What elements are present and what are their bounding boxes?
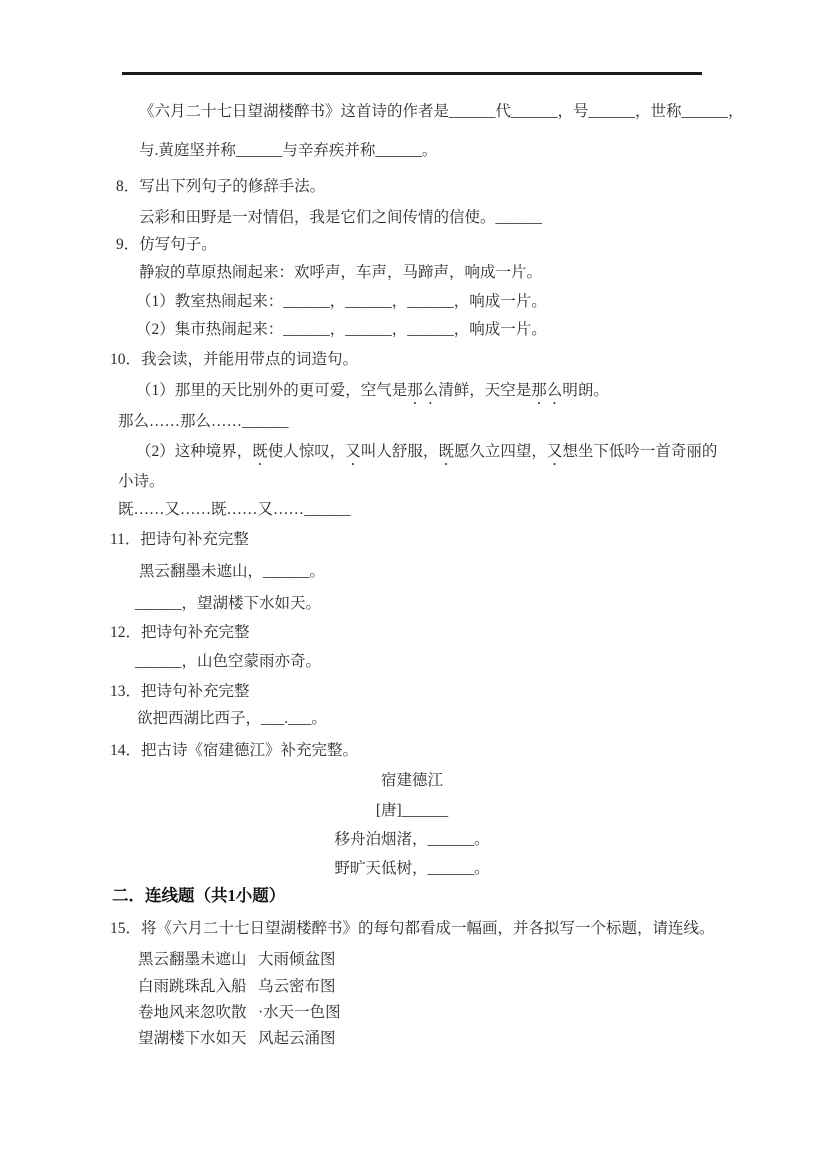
match-pair-row: 白雨跳珠乱入船乌云密布图 bbox=[138, 976, 336, 998]
q10-sub2-part: （2）这种境界， bbox=[136, 443, 252, 460]
question-12-label: 12．把诗句补充完整 bbox=[110, 622, 250, 644]
section-2-heading: 二．连线题（共1小题） bbox=[112, 885, 285, 907]
poem-verse-blank-1: 移舟泊烟渚，______。 bbox=[122, 829, 702, 851]
poem-author-blank: [唐]______ bbox=[122, 800, 702, 822]
q9-example-sentence: 静寂的草原热闹起来：欢呼声，车声，马蹄声，响成一片。 bbox=[139, 262, 542, 284]
question-15-label: 15．将《六月二十七日望湖楼醉书》的每句都看成一幅画，并各拟写一个标题，请连线。 bbox=[110, 918, 715, 940]
match-pair-row: 卷地风来忽吹散·水天一色图 bbox=[138, 1002, 341, 1024]
q9-sub1-blank-line: （1）教室热闹起来：______，______，______，响成一片。 bbox=[136, 291, 547, 313]
header-rule bbox=[122, 72, 702, 75]
q10-sub2-emph-you: 又 bbox=[547, 443, 563, 460]
poem-title: 宿建德江 bbox=[122, 770, 702, 792]
q9-sub2-blank-line: （2）集市热闹起来：______，______，______，响成一片。 bbox=[136, 319, 547, 341]
match-title: ·水天一色图 bbox=[258, 1004, 341, 1021]
q10-sub1-emph-name: 那么 bbox=[407, 382, 438, 399]
question-9-label: 9．仿写句子。 bbox=[116, 234, 217, 256]
q10-pattern2-blank: 既……又……既……又……______ bbox=[118, 499, 351, 521]
q10-sub2-part: 叫人舒服， bbox=[361, 443, 439, 460]
match-verse: 望湖楼下水如天 bbox=[138, 1028, 258, 1050]
match-title: 乌云密布图 bbox=[258, 978, 336, 995]
poem-verse-blank-2: 野旷天低树，______。 bbox=[122, 858, 702, 880]
match-verse: 白雨跳珠乱入船 bbox=[138, 976, 258, 998]
q7-author-blank-line-2: 与.黄庭坚并称______与辛弃疾并称______。 bbox=[139, 140, 437, 162]
q11-verse-blank-1: 黑云翻墨未遮山，______。 bbox=[139, 561, 325, 583]
question-13-label: 13．把诗句补充完整 bbox=[110, 681, 250, 703]
worksheet-page: 《六月二十七日望湖楼醉书》这首诗的作者是______代______，号_____… bbox=[0, 0, 826, 1169]
match-verse: 黑云翻墨未遮山 bbox=[138, 949, 258, 971]
q10-sub1-sentence: （1）那里的天比别外的更可爱，空气是那么清鲜，天空是那么明朗。 bbox=[136, 380, 609, 408]
match-pair-row: 黑云翻墨未遮山大雨倾盆图 bbox=[138, 949, 336, 971]
q7-author-blank-line: 《六月二十七日望湖楼醉书》这首诗的作者是______代______，号_____… bbox=[139, 101, 744, 123]
q13-verse-blank: 欲把西湖比西子，___.___。 bbox=[137, 708, 327, 730]
match-title: 大雨倾盆图 bbox=[258, 951, 336, 968]
q10-sub1-part: （1）那里的天比别外的更可爱，空气是 bbox=[136, 382, 407, 399]
q10-sub2-part: 使人惊叹， bbox=[268, 443, 346, 460]
q10-sub2-emph-ji: 既 bbox=[252, 443, 268, 460]
match-pair-row: 望湖楼下水如天风起云涌图 bbox=[138, 1028, 336, 1050]
q10-sub2-part: 想坐下低吟一首奇丽的 bbox=[562, 443, 717, 460]
q10-sub2-emph-ji: 既 bbox=[438, 443, 454, 460]
q10-sub2-emph-you: 又 bbox=[345, 443, 361, 460]
q10-sub1-part: 明朗。 bbox=[562, 382, 609, 399]
match-verse: 卷地风来忽吹散 bbox=[138, 1002, 258, 1024]
q8-sentence-blank: 云彩和田野是一对情侣，我是它们之间传情的信使。______ bbox=[139, 207, 542, 229]
q10-sub1-part: 清鲜，天空是 bbox=[438, 382, 531, 399]
q12-verse-blank: ______，山色空蒙雨亦奇。 bbox=[135, 651, 321, 673]
q10-sub2-sentence: （2）这种境界，既使人惊叹，又叫人舒服，既愿久立四望，又想坐下低吟一首奇丽的 bbox=[136, 441, 717, 469]
question-11-label: 11．把诗句补充完整 bbox=[110, 529, 249, 551]
question-10-label: 10．我会读，并能用带点的词造句。 bbox=[110, 349, 358, 371]
question-14-label: 14．把古诗《宿建德江》补充完整。 bbox=[110, 740, 358, 762]
q10-pattern1-blank: 那么……那么……______ bbox=[118, 411, 289, 433]
q10-sub2-continuation: 小诗。 bbox=[118, 471, 165, 493]
q10-sub1-emph-name: 那么 bbox=[531, 382, 562, 399]
q11-verse-blank-2: ______，望湖楼下水如天。 bbox=[135, 593, 321, 615]
question-8-label: 8．写出下列句子的修辞手法。 bbox=[116, 176, 325, 198]
match-title: 风起云涌图 bbox=[258, 1030, 336, 1047]
q10-sub2-part: 愿久立四望， bbox=[454, 443, 547, 460]
